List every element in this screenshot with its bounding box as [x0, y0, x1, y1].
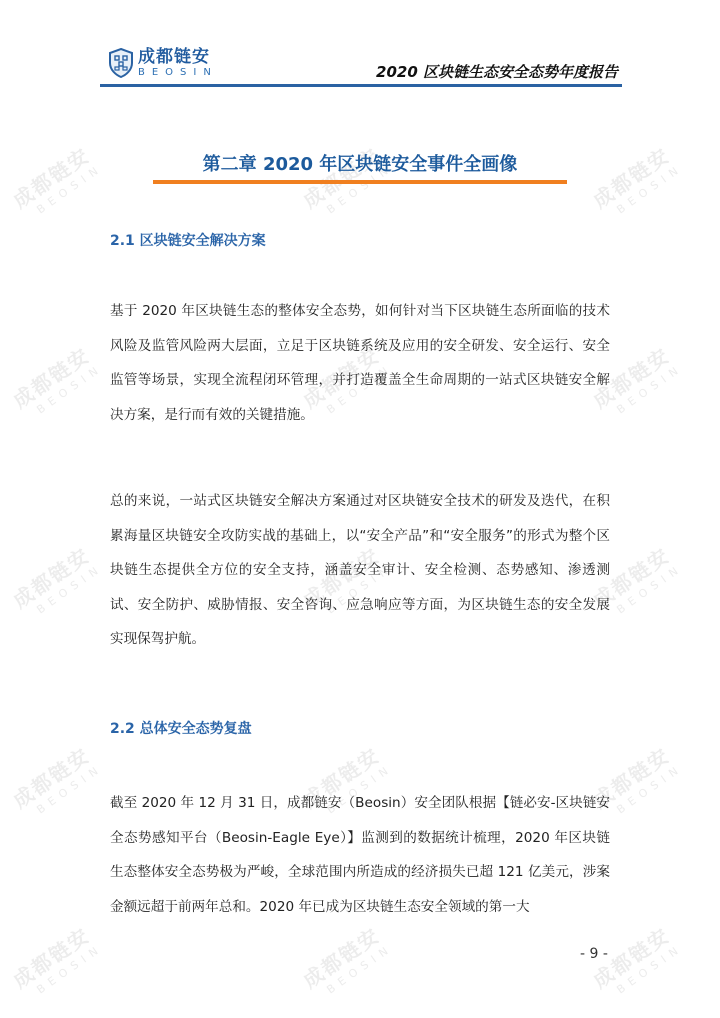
header-divider: [100, 84, 622, 87]
body-paragraph: 基于 2020 年区块链生态的整体安全态势，如何针对当下区块链生态所面临的技术风…: [110, 294, 610, 432]
page-number: - 9 -: [580, 946, 608, 962]
chapter-title: 第二章 2020 年区块链安全事件全画像: [0, 150, 720, 176]
watermark: 成都链安BEOSIN: [6, 918, 105, 1005]
shield-logo-icon: [108, 48, 134, 78]
body-paragraph: 总的来说，一站式区块链安全解决方案通过对区块链安全技术的研发及迭代，在积累海量区…: [110, 484, 610, 657]
watermark: 成都链安BEOSIN: [296, 918, 395, 1005]
watermark: 成都链安BEOSIN: [6, 738, 105, 825]
section-heading: 2.2 总体安全态势复盘: [110, 718, 252, 738]
watermark: 成都链安BEOSIN: [6, 538, 105, 625]
section-heading: 2.1 区块链安全解决方案: [110, 230, 266, 250]
page-header: 成都链安 BEOSIN 2020 区块链生态安全态势年度报告: [100, 40, 622, 90]
report-title: 2020 区块链生态安全态势年度报告: [376, 61, 618, 82]
chapter-divider: [153, 180, 567, 184]
brand-logo: 成都链安 BEOSIN: [108, 48, 218, 78]
logo-name-en: BEOSIN: [138, 68, 218, 78]
watermark: 成都链安BEOSIN: [6, 338, 105, 425]
body-paragraph: 截至 2020 年 12 月 31 日，成都链安（Beosin）安全团队根据【链…: [110, 786, 610, 924]
logo-name-cn: 成都链安: [138, 49, 218, 66]
